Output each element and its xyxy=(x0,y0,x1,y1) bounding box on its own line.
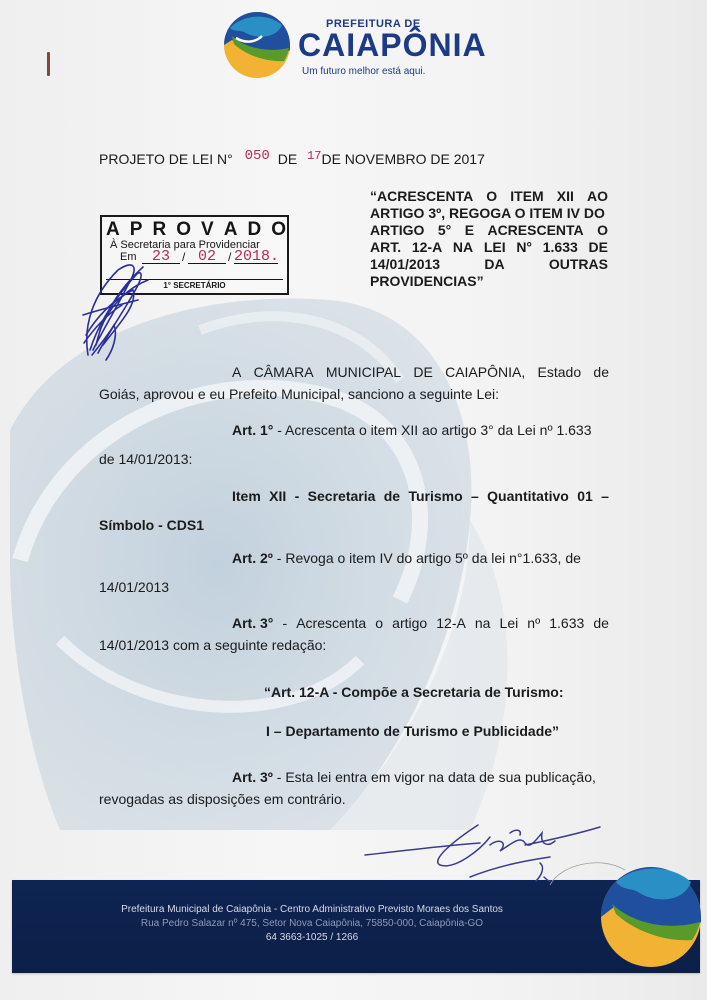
mayor-signature xyxy=(360,815,630,890)
article-2-label: Art. 2º xyxy=(232,550,273,566)
item-xii: ItemXII-SecretariadeTurismo–Quantitativo… xyxy=(99,485,609,536)
header-logo: PREFEITURA DE CAIAPÔNIA Um futuro melhor… xyxy=(222,10,492,80)
project-de: DE xyxy=(278,151,297,167)
margin-mark xyxy=(47,52,50,76)
secretary-signature xyxy=(78,255,168,365)
footer-phone: 64 3663-1025 / 1266 xyxy=(12,932,612,943)
article-2-cont: 14/01/2013 xyxy=(99,576,609,598)
article-1-label: Art. 1° xyxy=(232,422,273,438)
article-3b-label: Art. 3º xyxy=(232,769,273,785)
item-xii-line2: Símbolo - CDS1 xyxy=(99,514,609,536)
logo-slogan: Um futuro melhor está aqui. xyxy=(302,66,425,77)
ementa-line: ARTIGO 3º, REGOGA O ITEM IV DO xyxy=(370,205,608,222)
article-1-cont: de 14/01/2013: xyxy=(99,448,609,470)
department-quote: I – Departamento de Turismo e Publicidad… xyxy=(99,720,609,742)
project-day: 17 xyxy=(307,149,321,163)
item-xii-line1: ItemXII-SecretariadeTurismo–Quantitativo… xyxy=(99,485,609,507)
article-3-line1: Art. 3°-Acrescentaoartigo12-AnaLeinº1.63… xyxy=(99,612,609,634)
project-title: PROJETO DE LEI N° 050 DE 17DE NOVEMBRO D… xyxy=(99,151,485,169)
article-3-cont: 14/01/2013 com a seguinte redação: xyxy=(99,634,609,656)
ementa: “ACRESCENTAOITEMXIIAO ARTIGO 3º, REGOGA … xyxy=(370,188,608,290)
project-label: PROJETO DE LEI N° xyxy=(99,151,233,167)
ementa-line: ART.12-ANALEIN°1.633DE xyxy=(370,239,608,256)
preamble-line1: ACÂMARAMUNICIPALDECAIAPÔNIA,Estadode xyxy=(99,361,609,383)
ementa-line: 14/01/2013DAOUTRAS xyxy=(370,256,608,273)
stamp-date-month: 02 xyxy=(188,248,226,264)
article-3b-text: - Esta lei entra em vigor na data de sua… xyxy=(273,769,596,785)
project-date-rest: DE NOVEMBRO DE 2017 xyxy=(321,151,484,167)
ementa-line: “ACRESCENTAOITEMXIIAO xyxy=(370,188,608,205)
ementa-line: PROVIDENCIAS” xyxy=(370,273,608,290)
article-3: Art. 3°-Acrescentaoartigo12-AnaLeinº1.63… xyxy=(99,612,609,656)
ementa-line: ARTIGO5°EACRESCENTAO xyxy=(370,222,608,239)
article-2-text: - Revoga o item IV do artigo 5º da lei n… xyxy=(273,550,581,566)
caiaponia-logo-icon xyxy=(222,10,292,80)
stamp-date-year: 2018. xyxy=(234,248,278,264)
footer-logo-icon xyxy=(596,862,706,972)
article-1-text: - Acrescenta o item XII ao artigo 3° da … xyxy=(273,422,591,438)
preamble: ACÂMARAMUNICIPALDECAIAPÔNIA,Estadode Goi… xyxy=(99,361,609,405)
article-3b-cont: revogadas as disposições em contrário. xyxy=(99,788,609,810)
article-3-vigor: Art. 3º - Esta lei entra em vigor na dat… xyxy=(99,766,609,810)
project-number: 050 xyxy=(245,148,270,164)
logo-name: CAIAPÔNIA xyxy=(298,27,487,64)
article-12a-quote: “Art. 12-A - Compõe a Secretaria de Turi… xyxy=(99,681,609,703)
stamp-title: APROVADO xyxy=(106,219,286,241)
footer-address: Rua Pedro Salazar nº 475, Setor Nova Cai… xyxy=(12,918,612,929)
article-1: Art. 1° - Acrescenta o item XII ao artig… xyxy=(99,419,609,470)
footer-institution: Prefeitura Municipal de Caiapônia - Cent… xyxy=(12,904,612,915)
article-2: Art. 2º - Revoga o item IV do artigo 5º … xyxy=(99,547,609,598)
preamble-line2: Goiás, aprovou e eu Prefeito Municipal, … xyxy=(99,383,609,405)
